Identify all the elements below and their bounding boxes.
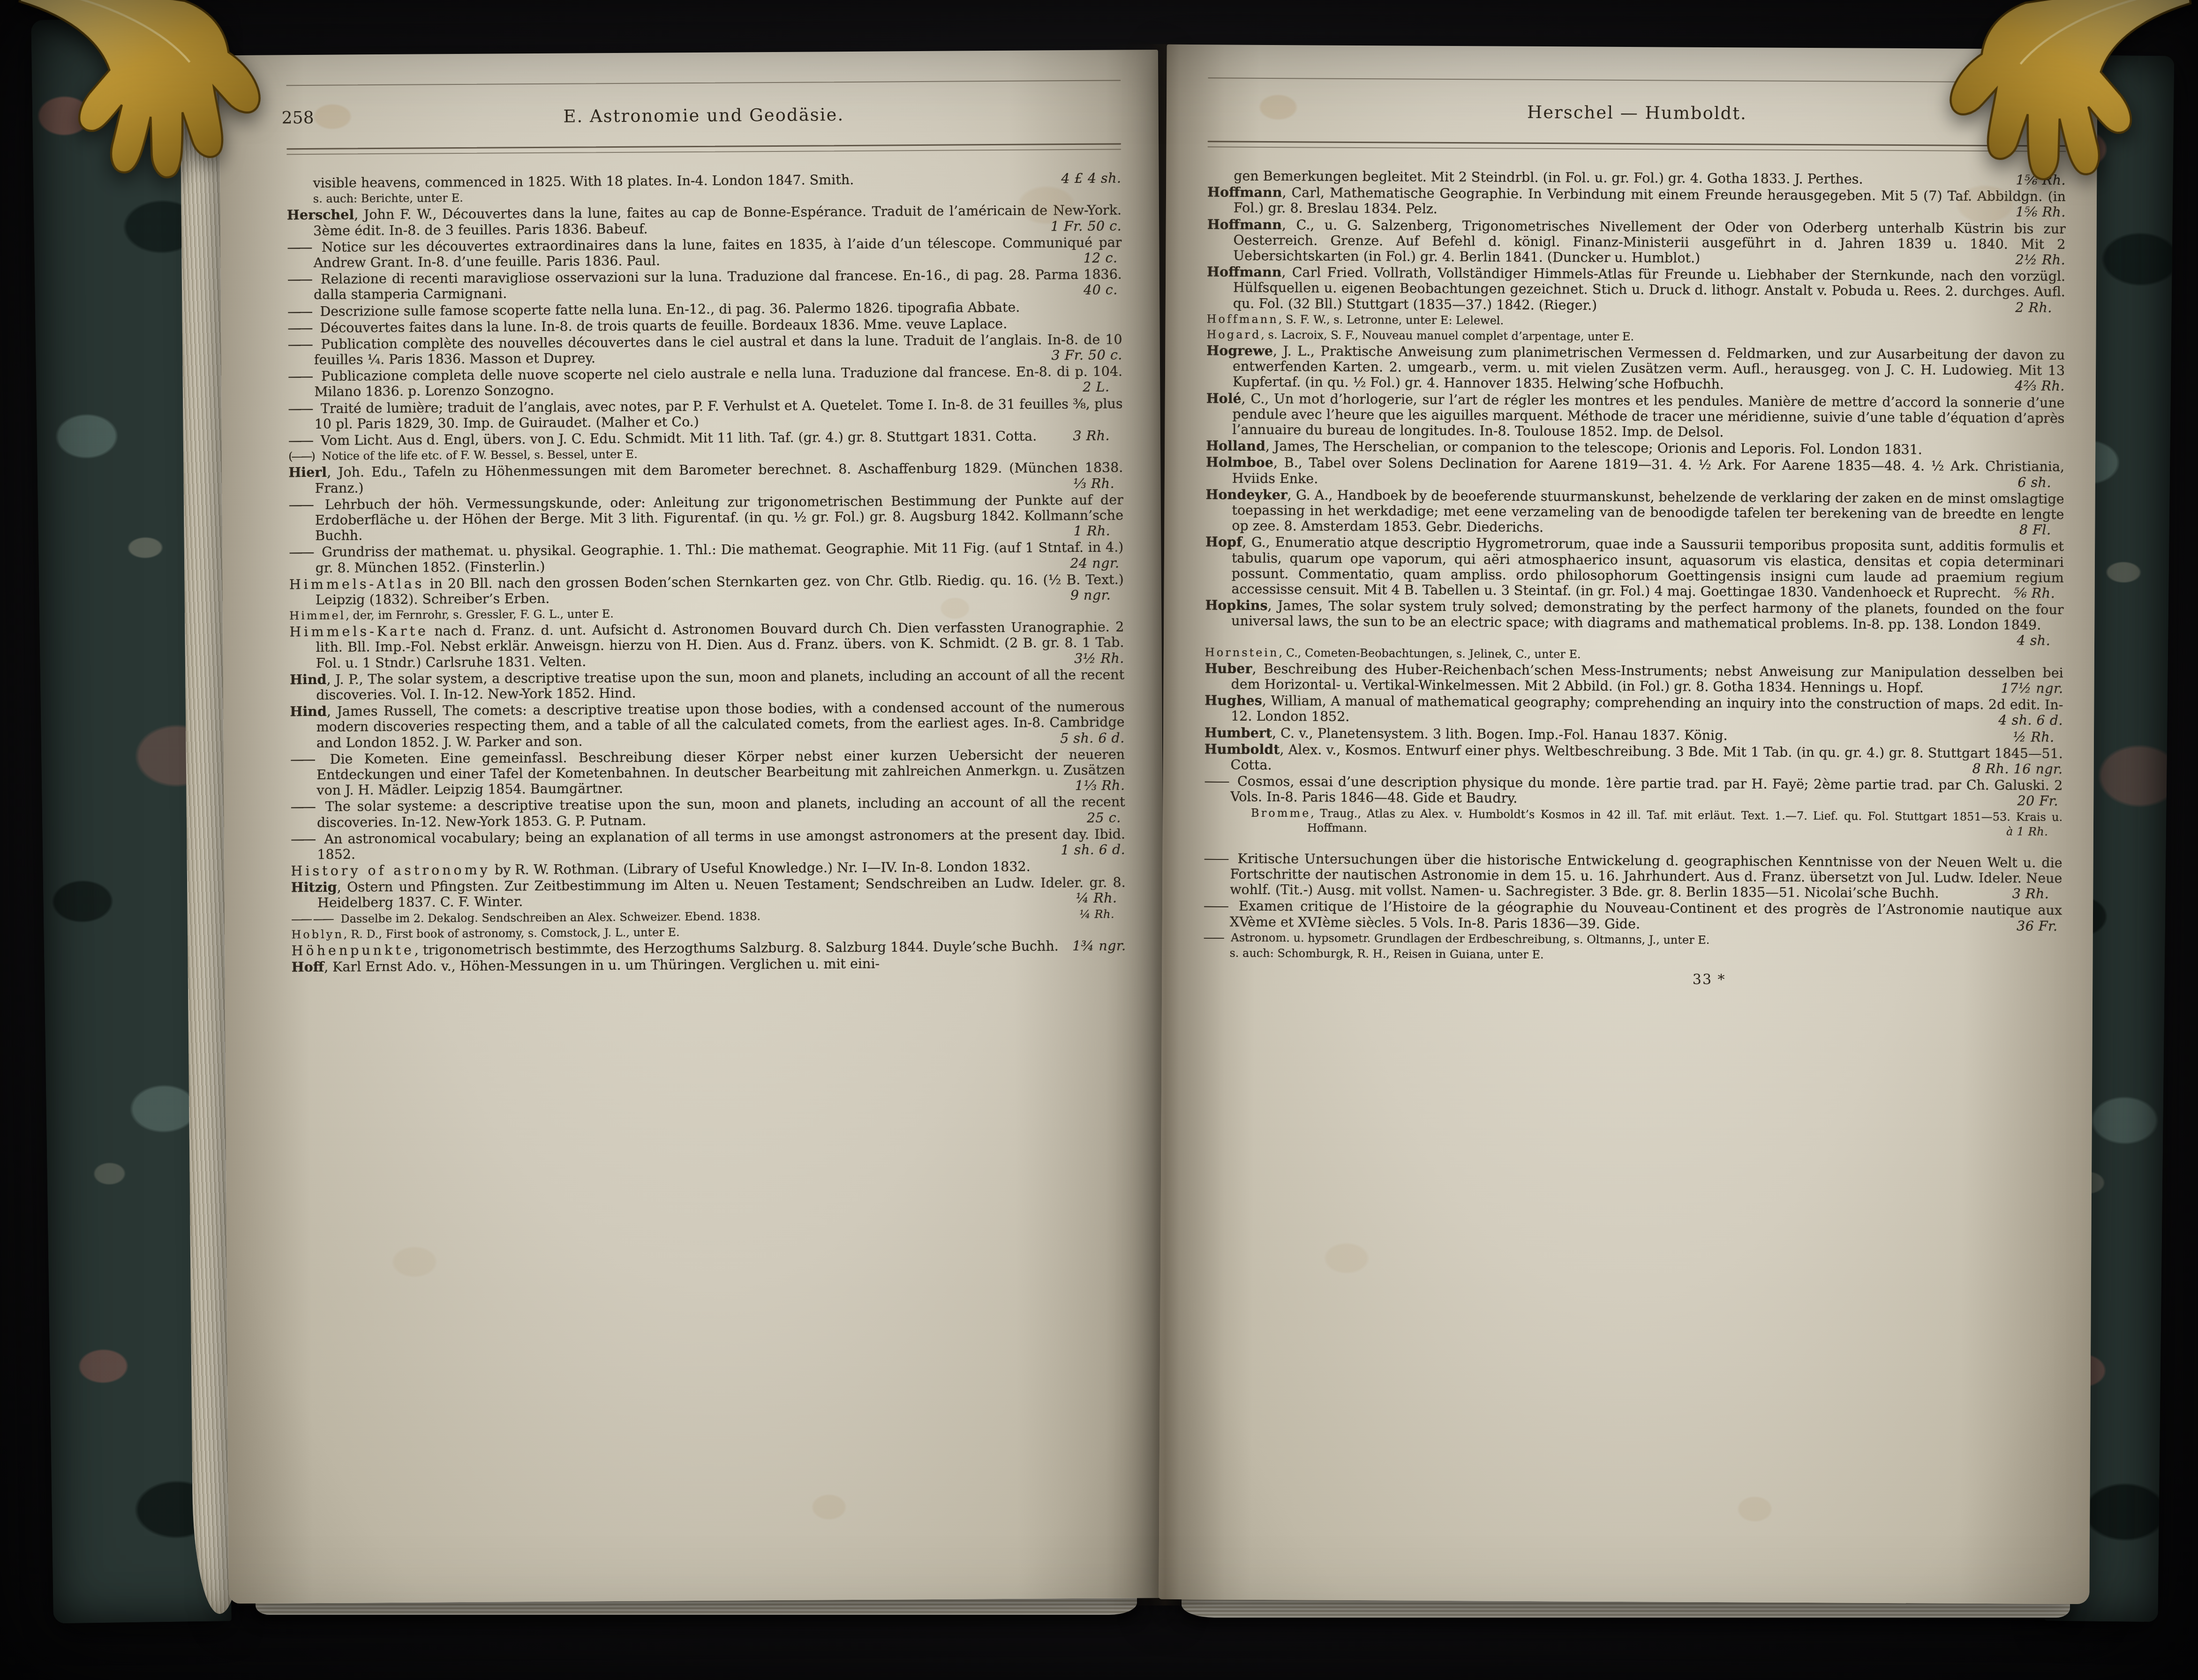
entry-text: Notice of the life etc. of F. W. Bessel,… [322, 448, 637, 463]
entry-name: Hoffmann [1207, 264, 1282, 280]
entry: Hopkins, James, The solar system truly s… [1205, 597, 2063, 648]
entry-dash: —— [291, 831, 319, 847]
entry-price: 4 sh. 6 d. [2025, 713, 2063, 729]
left-page-entries: visible heavens, commenced in 1825. With… [287, 170, 1126, 975]
entry-text: , James Russell, The comets: a descripti… [316, 699, 1125, 751]
entry-text: , Joh. Edu., Tafeln zu Höhenmessungen mi… [315, 460, 1123, 496]
entry-name: History of astronomy [291, 862, 490, 879]
entry-name: Hoffmann [1207, 184, 1282, 200]
entry-text: , C., Cometen-Beobachtungen, s. Jelinek,… [1279, 646, 1581, 661]
left-page-title: E. Astronomie und Geodäsie. [563, 105, 844, 127]
entry-price: 3½ Rh. [1100, 650, 1124, 666]
entry-text: , G. A., Handboek by de beoeferende stuu… [1232, 487, 2064, 535]
entry-price: ¼ Rh. [1106, 907, 1126, 921]
entry-text: Publication complète des nouvelles décou… [314, 331, 1122, 368]
entry: —— Relazione di recenti maravigliose oss… [287, 267, 1122, 303]
entry-text: , John F. W., Découvertes dans la lune, … [313, 203, 1122, 239]
entry-text: , Alex. v., Kosmos. Entwurf einer phys. … [1231, 742, 2063, 773]
page-number-left: 258 [282, 107, 314, 129]
entry-dash: —— [287, 240, 316, 255]
entry-price: 40 c. [1110, 282, 1122, 298]
right-page-entries: gen Bemerkungen begleitet. Mit 2 Steindr… [1203, 168, 2066, 965]
gilt-hand-left-ornament [0, 0, 291, 205]
entry-name: Bromme [1251, 806, 1310, 820]
entry: —— Grundriss der mathemat. u. physikal. … [289, 540, 1123, 576]
entry-text: , S. F. W., s. Letronne, unter E: Lelewe… [1279, 313, 1504, 327]
entry-dash: —— —— [291, 912, 335, 926]
entry: Hughes, William, A manual of mathematica… [1204, 693, 2063, 728]
entry-dash: —— [1204, 773, 1232, 789]
entry-dash: —— [289, 497, 319, 512]
entry-text: , C., Un mot d’horlogerie, sur l’art de … [1232, 391, 2064, 440]
entry-text: Notice sur les découvertes extraordinair… [314, 234, 1122, 271]
entry-price: 12 c. [1109, 250, 1122, 265]
entry-name: Hitzig [291, 879, 337, 896]
entry-text: , James, The solar system truly solved; … [1231, 598, 2063, 633]
entry-name: Hoff [292, 959, 324, 975]
entry: Holé, C., Un mot d’horlogerie, sur l’art… [1206, 391, 2064, 442]
entry-text: Astronom. u. hypsometr. Grundlagen der E… [1231, 931, 1709, 946]
entry-name: Höhenpunkte [292, 942, 414, 959]
entry-name: Hoffmann [1207, 312, 1279, 326]
entry-name: Humbert [1204, 724, 1272, 741]
entry: —— Publication complète des nouvelles dé… [288, 331, 1122, 368]
entry-text: , G., Enumeratio atque descriptio Hygrom… [1232, 535, 2064, 601]
header-rule [286, 143, 1121, 150]
entry-name: Hoffmann [1207, 216, 1282, 233]
entry-price: 8 Rh. 16 ngr. [1998, 761, 2063, 777]
entry-price: 4 £ 4 sh. [1061, 170, 1121, 186]
entry-text: , B., Tabel over Solens Declination for … [1232, 455, 2064, 486]
entry: Hierl, Joh. Edu., Tafeln zu Höhenmessung… [288, 460, 1123, 496]
entry-name: Himmel [289, 609, 346, 623]
entry: Hind, J. P., The solar system, a descrip… [290, 667, 1124, 703]
entry-price: 20 Fr. [2043, 793, 2063, 809]
entry-price: 3 Rh. [1099, 428, 1123, 443]
entry-text: , Ostern und Pfingsten. Zur Zeitbestimmu… [317, 875, 1126, 911]
entry-price: 2 L. [1109, 379, 1122, 395]
left-page: 258 E. Astronomie und Geodäsie. visible … [219, 50, 1167, 1604]
entry: Hogrewe, J. L., Praktische Anweisung zum… [1206, 343, 2065, 394]
gilt-hand-right-ornament [1919, 0, 2198, 207]
entry-text: , R. D., First book of astronomy, s. Com… [344, 926, 680, 941]
entry-dash: —— [288, 401, 315, 416]
entry-text: The solar systeme: a descriptive treatis… [317, 794, 1125, 830]
entry-text: in 20 Bll. nach den grossen Boden’schen … [316, 572, 1124, 608]
entry: Himmels-Atlas in 20 Bll. nach den grosse… [289, 572, 1124, 608]
entry-text: , s. Lacroix, S. F., Nouveau manuel comp… [1261, 328, 1634, 343]
entry-text: , der, im Fernrohr, s. Gressler, F. G. L… [346, 607, 614, 622]
entry: Herschel, John F. W., Découvertes dans l… [287, 203, 1122, 239]
entry-name: Hogard [1206, 328, 1261, 341]
entry: Hoffmann, Carl Fried. Vollrath, Vollstän… [1207, 264, 2065, 315]
entry: Humboldt, Alex. v., Kosmos. Entwurf eine… [1204, 741, 2063, 777]
entry-name: Herschel [287, 207, 354, 223]
entry-price: 36 Fr. [2043, 918, 2062, 934]
entry-dash: —— [287, 271, 315, 287]
entry-price: 1 Fr. 50 c. [1077, 218, 1122, 234]
signature-mark: 33 * [1693, 972, 2062, 990]
entry-text: Examen critique de l’Histoire de la géog… [1230, 898, 2062, 932]
entry: Hondeyker, G. A., Handboek by de beoefer… [1205, 487, 2064, 538]
entry-text: Traité de lumière; traduit de l’anglais,… [315, 396, 1123, 432]
entry-price: 1⅓ Rh. [1101, 778, 1125, 793]
entry-price: ½ Rh. [2040, 729, 2063, 745]
entry-name: Hogrewe [1206, 342, 1273, 359]
entry-text: Cosmos, essai d’une description physique… [1230, 774, 2063, 806]
entry: —— Cosmos, essai d’une description physi… [1204, 773, 2063, 809]
entry-text: Relazione di recenti maravigliose osserv… [314, 267, 1122, 303]
entry-text: Grundriss der mathemat. u. physikal. Geo… [316, 540, 1124, 576]
entry: —— Traité de lumière; traduit de l’angla… [288, 396, 1122, 432]
header-rule-thin [286, 149, 1121, 155]
entry-price: ⅚ Rh. [2040, 585, 2064, 601]
entry-name: Hierl [288, 464, 327, 480]
entry-name: Holland [1206, 437, 1265, 454]
left-page-header-row: 258 E. Astronomie und Geodäsie. [286, 102, 1121, 132]
entry: Bromme, Traug., Atlas zu Alex. v. Humbol… [1204, 806, 2063, 839]
entry-dash: —— [289, 544, 316, 560]
entry: —— An astronomical vocabulary; being an … [291, 826, 1125, 862]
entry: Hopf, G., Enumeratio atque descriptio Hy… [1205, 535, 2064, 601]
entry-text: gen Bemerkungen begleitet. Mit 2 Steindr… [1234, 168, 1863, 187]
entry-name: Hoblyn [291, 927, 344, 941]
entry-dash: —— [290, 752, 324, 767]
entry-text: , C., u. G. Salzenberg, Trigonometrische… [1233, 217, 2065, 266]
entry-text: , Traug., Atlas zu Alex. v. Humboldt’s K… [1307, 806, 2063, 835]
entry-dash: —— [291, 799, 320, 814]
entry: —— Die Kometen. Eine gemeinfassl. Beschr… [290, 746, 1125, 798]
entry-name: Holmboe [1206, 454, 1273, 471]
entry-price: 4 sh. [2043, 633, 2063, 648]
entry-price: 17½ ngr. [2027, 680, 2063, 696]
entry-text: , trigonometrisch bestimmte, des Herzogt… [414, 938, 1059, 957]
entry-dash: —— [287, 303, 314, 319]
entry-price: ⅓ Rh. [1099, 475, 1123, 491]
entry-dash: —— [288, 337, 316, 352]
entry-price: 3 Fr. 50 c. [1077, 347, 1122, 363]
entry-text: Kritische Untersuchungen über die histor… [1230, 851, 2062, 901]
entry: —— Examen critique de l’Histoire de la g… [1204, 898, 2062, 934]
entry-name: Hind [290, 703, 327, 719]
entry: —— Lehrbuch der höh. Vermessungskunde, o… [289, 492, 1124, 543]
entry-text: , C. v., Planetensystem. 3 lith. Bogen. … [1272, 725, 1728, 743]
entry-price: 2½ Rh. [2042, 252, 2066, 268]
entry-name: Hughes [1204, 692, 1262, 708]
entry-dash: —— [288, 369, 316, 384]
entry-text: by R. W. Rothman. (Library of Useful Kno… [490, 859, 1031, 878]
entry-price: 25 c. [1113, 810, 1125, 825]
entry-price: 24 ngr. [1096, 555, 1123, 571]
entry-name: Huber [1205, 660, 1252, 677]
entry: —— Notice sur les découvertes extraordin… [287, 234, 1122, 271]
entry-text: , Beschreibung des Huber-Reichenbach’sch… [1231, 661, 2063, 696]
entry-text: Lehrbuch der höh. Vermessungskunde, oder… [315, 492, 1123, 543]
entry-dash: —— [1204, 851, 1232, 866]
entry-name: Hornstein [1205, 646, 1279, 659]
entry-text: Publicazione completa delle nuove scoper… [314, 364, 1122, 400]
entry-dash: —— [1204, 931, 1226, 944]
entry-name: Himmels-Atlas [289, 576, 425, 592]
entry-dash: —— [287, 320, 314, 336]
entry-text: visible heavens, commenced in 1825. With… [313, 172, 854, 191]
book-photo-stage: 258 E. Astronomie und Geodäsie. visible … [0, 0, 2198, 1680]
entry: Hitzig, Ostern und Pfingsten. Zur Zeitbe… [291, 875, 1126, 911]
entry-price: 5 sh. 6 d. [1086, 730, 1125, 746]
entry-text: An astronomical vocabulary; being an exp… [317, 826, 1125, 862]
entry-text: s. auch: Berichte, unter E. [313, 191, 463, 205]
entry-name: Hopkins [1205, 597, 1267, 613]
entry-price: 8 Fl. [2046, 522, 2064, 538]
entry-text: , J. P., The solar system, a descriptive… [316, 667, 1124, 703]
entry: Hoffmann, C., u. G. Salzenberg, Trigonom… [1207, 217, 2065, 268]
entry: —— Kritische Untersuchungen über die his… [1204, 851, 2062, 902]
entry: —— The solar systeme: a descriptive trea… [291, 794, 1125, 830]
entry-price: 1¾ ngr. [1099, 938, 1126, 954]
entry-name: Hopf [1205, 534, 1242, 550]
entry-price: 9 ngr. [1097, 587, 1124, 603]
entry: Huber, Beschreibung des Huber-Reichenbac… [1204, 661, 2063, 696]
entry-text: Dasselbe im 2. Dekalog. Sendschreiben an… [340, 910, 760, 925]
entry-text: nach d. Franz. d. unt. Aufsicht d. Astro… [316, 619, 1124, 671]
entry: Holmboe, B., Tabel over Solens Declinati… [1206, 455, 2064, 490]
entry-price: 3 Rh. [2039, 886, 2063, 902]
entry-name: Humboldt [1204, 741, 1280, 757]
entry-text: , Carl Fried. Vollrath, Vollständiger Hi… [1233, 264, 2065, 313]
entry-dash: —— [1204, 898, 1233, 914]
entry-text: , J. L., Praktische Anweisung zum planim… [1233, 343, 2065, 392]
entry-price: 1 sh. 6 d. [1087, 842, 1125, 858]
entry: —— Publicazione completa delle nuove sco… [288, 364, 1122, 400]
entry-price: 4⅔ Rh. [2041, 378, 2065, 394]
entry-price: 1⅚ Rh. [2042, 204, 2066, 220]
entry-price: 6 sh. [2044, 475, 2064, 490]
entry-name: Himmels-Karte [289, 624, 429, 640]
entry-price: 1 Rh. [1100, 523, 1124, 539]
entry-name: Hondeyker [1206, 486, 1287, 503]
entry-text: s. auch: Schomburgk, R. H., Reisen in Gu… [1229, 947, 1543, 962]
right-page-title: Herschel — Humboldt. [1527, 102, 1747, 123]
entry: Hind, James Russell, The comets: a descr… [290, 699, 1125, 751]
entry-text: , Karl Ernst Ado. v., Höhen-Messungen in… [324, 956, 880, 975]
entry-text: , James, The Herschelian, or companion t… [1265, 438, 1922, 457]
entry: Himmels-Karte nach d. Franz. d. unt. Auf… [289, 619, 1124, 671]
entry-name: Holé [1206, 390, 1242, 406]
entry-dash: —— [288, 433, 315, 448]
entry: Hoffmann, Carl, Mathematische Geographie… [1207, 184, 2066, 220]
entry-price: ¼ Rh. [1102, 890, 1126, 906]
header-top-rule [286, 80, 1121, 86]
entry-text: , William, A manual of mathematical geog… [1231, 693, 2063, 724]
entry-price: 2 Rh. [2041, 300, 2065, 315]
entry-dash: (——) [288, 450, 316, 463]
entry-text: Die Kometen. Eine gemeinfassl. Beschreib… [316, 746, 1125, 798]
right-page: Herschel — Humboldt. 259 gen Bemerkungen… [1159, 45, 2097, 1604]
entry-name: Hind [290, 671, 327, 687]
